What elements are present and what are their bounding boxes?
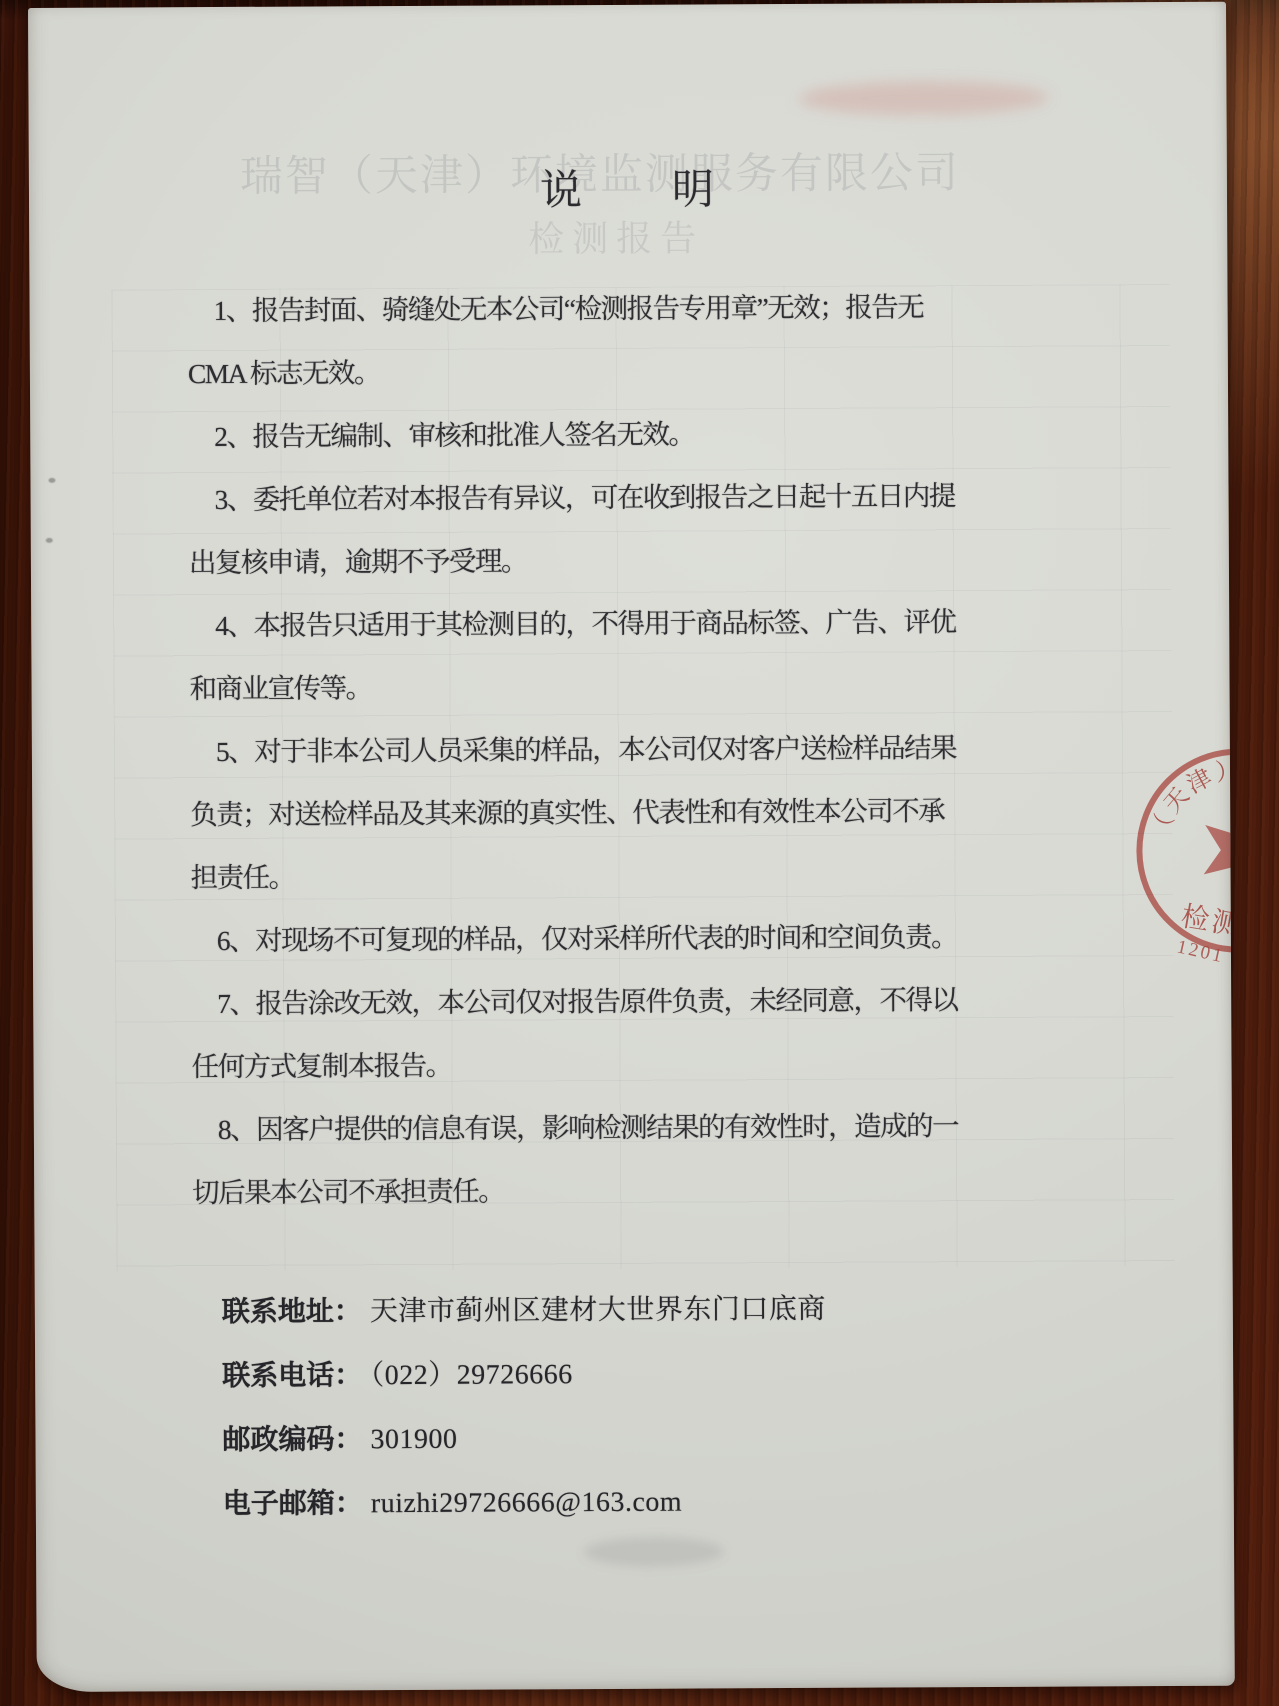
seal-star-icon [1189,798,1234,896]
note-line: 和商业宣传等。 [189,653,1073,721]
paper-speck [46,538,53,543]
contact-value: 天津市蓟州区建材大世界东门口底商 [362,1294,826,1327]
note-line: 5、对于非本公司人员采集的样品，本公司仅对客户送检样品结果 [190,716,1074,784]
note-line: 8、因客户提供的信息有误，影响检测结果的有效性时，造成的一 [192,1094,1076,1162]
contact-label: 联系地址： [222,1295,362,1327]
contact-row-email: 电子邮箱：ruizhi29726666@163.com [223,1469,827,1536]
notes-body: 1、报告封面、骑缝处无本公司“检测报告专用章”无效；报告无 CMA 标志无效。 … [187,275,1076,1225]
contact-value: 301900 [362,1424,457,1455]
note-line: 担责任。 [190,842,1074,910]
contact-label: 邮政编码： [222,1423,362,1455]
contact-label: 电子邮箱： [223,1487,363,1519]
seal-digits: 1201 [1175,936,1226,967]
contact-row-phone: 联系电话：（022）29726666 [222,1341,826,1408]
document-page: 瑞智（天津）环境监测服务有限公司 检测报告 说 明 1、报告封面、骑缝处无本公司… [28,2,1235,1692]
note-line: 3、委托单位若对本报告有异议，可在收到报告之日起十五日内提 [188,464,1072,532]
note-line: 2、报告无编制、审核和批准人签名无效。 [188,401,1072,469]
note-line: 6、对现场不可复现的样品，仅对采样所代表的时间和空间负责。 [191,905,1075,973]
note-line: CMA 标志无效。 [188,338,1072,406]
note-line: 切后果本公司不承担责任。 [192,1157,1076,1225]
faint-ink-smudge [798,81,1048,116]
paper-speck [48,478,55,483]
photo-canvas: 瑞智（天津）环境监测服务有限公司 检测报告 说 明 1、报告封面、骑缝处无本公司… [0,0,1279,1706]
contact-value: （022）29726666 [362,1359,573,1391]
note-line: 负责；对送检样品及其来源的真实性、代表性和有效性本公司不承 [190,779,1074,847]
contact-row-address: 联系地址：天津市蓟州区建材大世界东门口底商 [222,1277,826,1344]
contact-row-postcode: 邮政编码：301900 [222,1405,826,1472]
note-line: 任何方式复制本报告。 [191,1031,1075,1099]
note-line: 1、报告封面、骑缝处无本公司“检测报告专用章”无效；报告无 [187,275,1071,343]
contact-block: 联系地址：天津市蓟州区建材大世界东门口底商 联系电话：（022）29726666… [222,1277,827,1536]
faint-ink-smudge [584,1536,724,1567]
page-title: 说 明 [29,154,1227,220]
company-seal-stamp: （天津）环 检测报 1201 [1103,715,1235,986]
note-line: 4、本报告只适用于其检测目的，不得用于商品标签、广告、评优 [189,590,1073,658]
note-line: 7、报告涂改无效，本公司仅对报告原件负责，未经同意，不得以 [191,968,1075,1036]
contact-label: 联系电话： [222,1359,362,1391]
note-line: 出复核申请，逾期不予受理。 [189,527,1073,595]
contact-value: ruizhi29726666@163.com [363,1487,682,1520]
